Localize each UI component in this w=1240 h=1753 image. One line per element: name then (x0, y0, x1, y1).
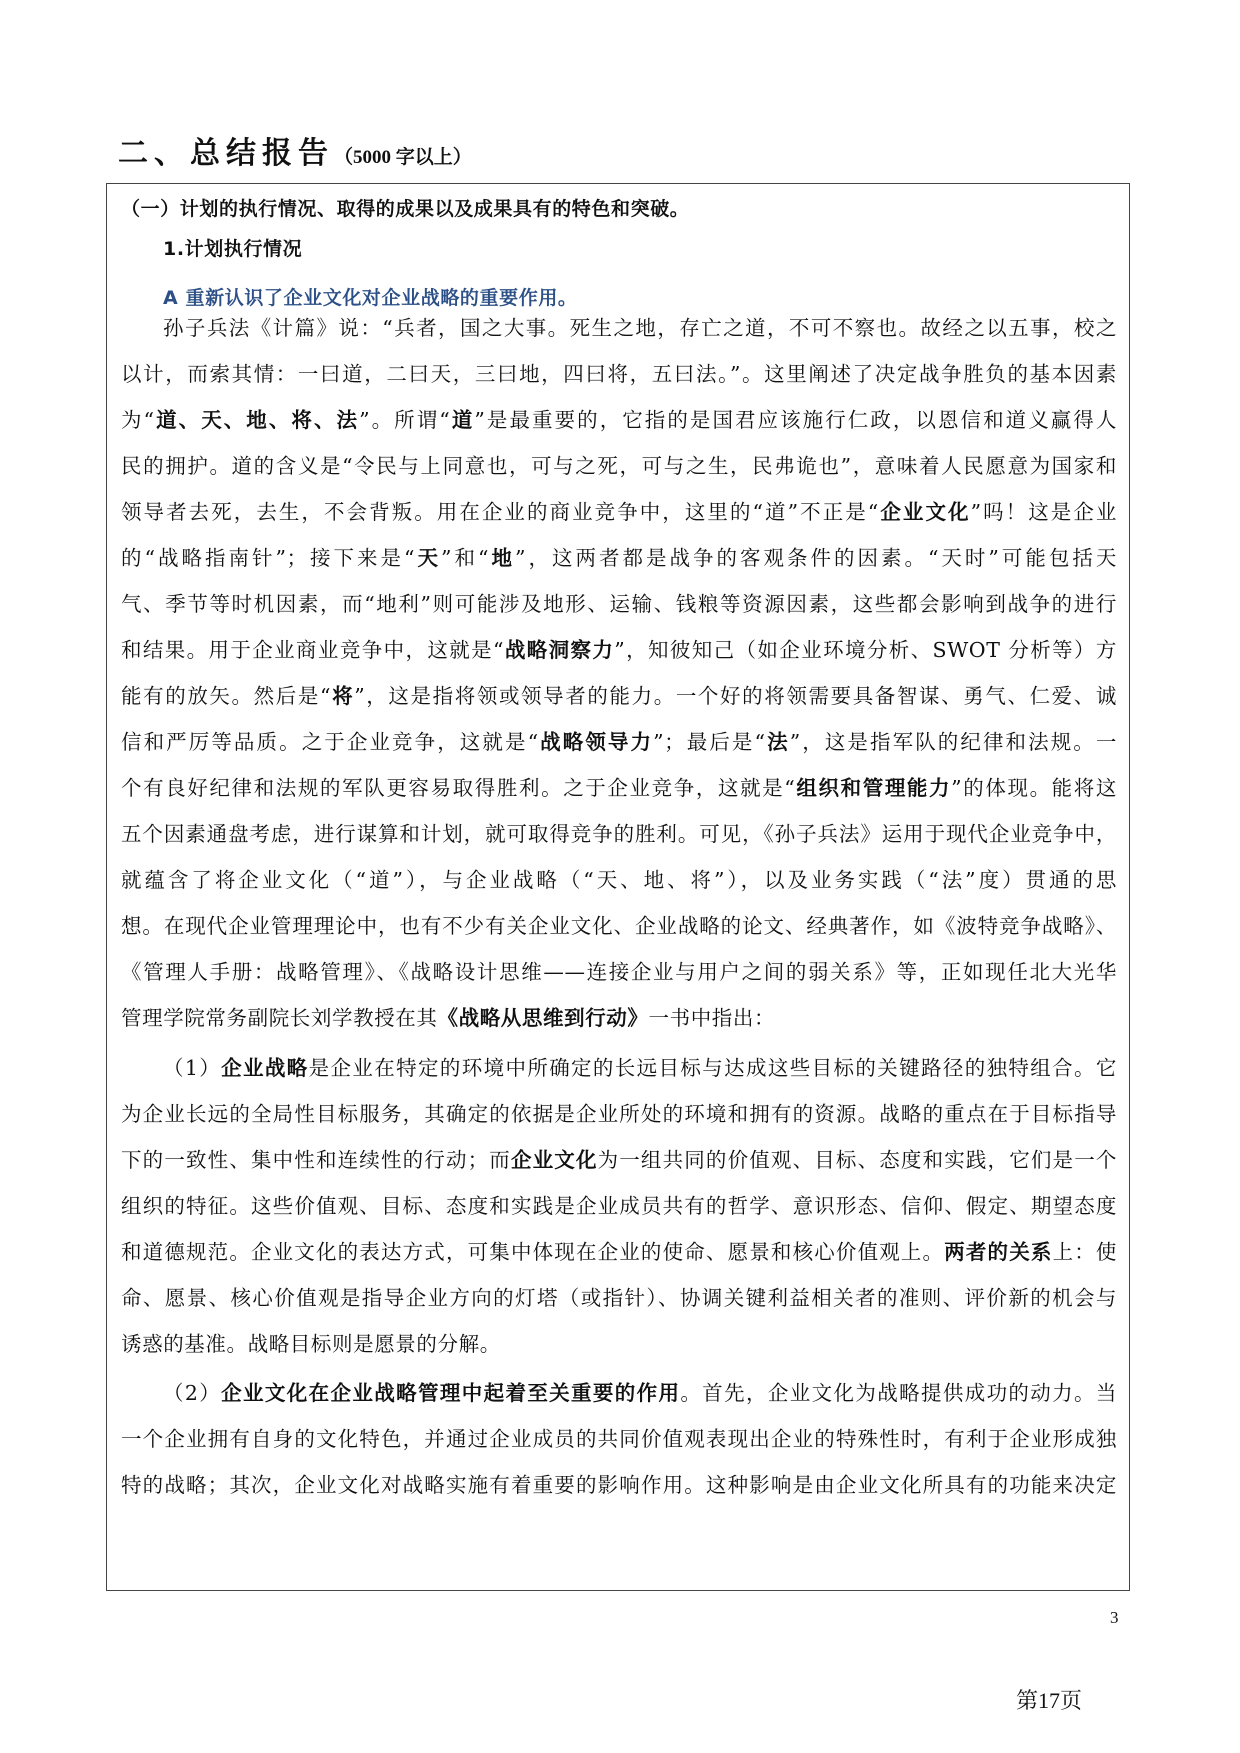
body-line: 能有的放矢。然后是“将”，这是指将领或领导者的能力。一个好的将领需要具备智谋、勇… (121, 682, 1117, 710)
text-run: 上：使 (1053, 1240, 1117, 1264)
body-line: 气、季节等时机因素，而“地利”则可能涉及地形、运输、钱粮等资源因素，这些都会影响… (121, 590, 1117, 618)
body-line: 五个因素通盘考虑，进行谋算和计划，就可取得竞争的胜利。可见，《孙子兵法》运用于现… (121, 820, 1117, 848)
body-line: 以计，而索其情：一曰道，二曰天，三曰地，四曰将，五曰法。”。这里阐述了决定战争胜… (121, 360, 1117, 388)
text-run: 就蕴含了将企业文化（“道”），与企业战略（“天、地、将”），以及业务实践（“法”… (121, 868, 1117, 892)
body-line: 和结果。用于企业商业竞争中，这就是“战略洞察力”，知彼知己（如企业环境分析、SW… (121, 636, 1117, 664)
text-run: ”，这是指将领或领导者的能力。一个好的将领需要具备智谋、勇气、仁爱、诚 (354, 684, 1117, 708)
body-line: 就蕴含了将企业文化（“道”），与企业战略（“天、地、将”），以及业务实践（“法”… (121, 866, 1117, 894)
text-run: 诱惑的基准。战略目标则是愿景的分解。 (121, 1332, 501, 1356)
text-run: （2） (163, 1381, 221, 1405)
text-run: 想。在现代企业管理理论中，也有不少有关企业文化、企业战略的论文、经典著作，如《波… (121, 914, 1117, 938)
body-line: 和道德规范。企业文化的表达方式，可集中体现在企业的使命、愿景和核心价值观上。两者… (121, 1238, 1117, 1266)
page-number: 3 (1110, 1608, 1119, 1628)
text-run: 为一组共同的价值观、目标、态度和实践，它们是一个 (598, 1148, 1117, 1172)
bold-term: 天 (415, 546, 441, 570)
text-run: 一书中指出： (649, 1006, 776, 1030)
body-line: 个有良好纪律和法规的军队更容易取得胜利。之于企业竞争，这就是“组织和管理能力”的… (121, 774, 1117, 802)
text-run: 孙子兵法《计篇》说：“兵者，国之大事。死生之地，存亡之道，不可不察也。故经之以五… (163, 316, 1117, 340)
bold-term: 企业文化 (879, 500, 971, 524)
bold-term: 法 (766, 730, 790, 754)
body-line: 的“战略指南针”；接下来是“天”和“地”，这两者都是战争的客观条件的因素。“天时… (121, 544, 1117, 572)
bold-term: 《战略从思维到行动》 (438, 1006, 649, 1030)
text-run: 信和严厉等品质。之于企业竞争，这就是“ (121, 730, 539, 754)
text-run: ”，这两者都是战争的客观条件的因素。“天时”可能包括天 (515, 546, 1117, 570)
body-line: 组织的特征。这些价值观、目标、态度和实践是企业成员共有的哲学、意识形态、信仰、假… (121, 1192, 1117, 1220)
text-run: ”和“ (441, 546, 489, 570)
text-run: 一个企业拥有自身的文化特色，并通过企业成员的共同价值观表现出企业的特殊性时，有利… (121, 1427, 1117, 1451)
text-run: （1） (163, 1056, 221, 1080)
page-footer-label: 第17页 (1016, 1684, 1082, 1715)
text-run: 管理学院常务副院长刘学教授在其 (121, 1006, 438, 1030)
body-line: 命、愿景、核心价值观是指导企业方向的灯塔（或指针）、协调关键利益相关者的准则、评… (121, 1284, 1117, 1312)
body-line: （2）企业文化在企业战略管理中起着至关重要的作用。首先，企业文化为战略提供成功的… (163, 1379, 1117, 1407)
text-run: 以计，而索其情：一曰道，二曰天，三曰地，四曰将，五曰法。”。这里阐述了决定战争胜… (121, 362, 1117, 386)
body-line: 领导者去死，去生，不会背叛。用在企业的商业竞争中，这里的“道”不正是“企业文化”… (121, 498, 1117, 526)
body-line: 孙子兵法《计篇》说：“兵者，国之大事。死生之地，存亡之道，不可不察也。故经之以五… (163, 314, 1117, 342)
point-a-heading: A 重新认识了企业文化对企业战略的重要作用。 (163, 284, 578, 312)
text-run: ”是最重要的，它指的是国君应该施行仁政，以恩信和道义赢得人 (474, 408, 1117, 432)
text-run: ”，这是指军队的纪律和法规。一 (790, 730, 1117, 754)
bold-term: 将 (331, 684, 354, 708)
text-run: 特的战略；其次，企业文化对战略实施有着重要的影响作用。这种影响是由企业文化所具有… (121, 1473, 1117, 1497)
bold-term: 道、天、地、将、法 (155, 408, 359, 432)
bold-term: 企业战略 (221, 1056, 308, 1080)
bold-term: 企业文化 (511, 1148, 598, 1172)
heading-subtitle: （5000 字以上） (334, 147, 472, 168)
body-line: 民的拥护。道的含义是“令民与上同意也，可与之死，可与之生，民弗诡也”，意味着人民… (121, 452, 1117, 480)
text-run: 气、季节等时机因素，而“地利”则可能涉及地形、运输、钱粮等资源因素，这些都会影响… (121, 592, 1117, 616)
heading-title: 二、总结报告 (118, 136, 334, 171)
text-run: 是企业在特定的环境中所确定的长远目标与达成这些目标的关键路径的独特组合。它 (309, 1056, 1117, 1080)
bold-term: 组织和管理能力 (795, 776, 951, 800)
body-line: 下的一致性、集中性和连续性的行动；而企业文化为一组共同的价值观、目标、态度和实践… (121, 1146, 1117, 1174)
report-box: （一）计划的执行情况、取得的成果以及成果具有的特色和突破。 1.计划执行情况 A… (106, 183, 1130, 1591)
text-run: ”；最后是“ (653, 730, 766, 754)
bold-term: 两者的关系 (944, 1240, 1052, 1264)
text-run: 组织的特征。这些价值观、目标、态度和实践是企业成员共有的哲学、意识形态、信仰、假… (121, 1194, 1117, 1218)
text-run: 民的拥护。道的含义是“令民与上同意也，可与之死，可与之生，民弗诡也”，意味着人民… (121, 454, 1117, 478)
bold-term: 道 (450, 408, 474, 432)
body-line: 管理学院常务副院长刘学教授在其《战略从思维到行动》一书中指出： (121, 1004, 775, 1032)
text-run: 。首先，企业文化为战略提供成功的动力。当 (680, 1381, 1117, 1405)
bold-term: 地 (489, 546, 515, 570)
body-line: 一个企业拥有自身的文化特色，并通过企业成员的共同价值观表现出企业的特殊性时，有利… (121, 1425, 1117, 1453)
body-line: （1）企业战略是企业在特定的环境中所确定的长远目标与达成这些目标的关键路径的独特… (163, 1054, 1117, 1082)
page-heading: 二、总结报告（5000 字以上） (118, 128, 472, 172)
bold-term: 战略领导力 (539, 730, 653, 754)
body-line: 想。在现代企业管理理论中，也有不少有关企业文化、企业战略的论文、经典著作，如《波… (121, 912, 1117, 940)
section-title: （一）计划的执行情况、取得的成果以及成果具有的特色和突破。 (121, 195, 689, 223)
text-run: ”，知彼知己（如企业环境分析、SWOT 分析等）方 (614, 638, 1117, 662)
body-line: 为企业长远的全局性目标服务，其确定的依据是企业所处的环境和拥有的资源。战略的重点… (121, 1100, 1117, 1128)
body-line: 为“道、天、地、将、法”。所谓“道”是最重要的，它指的是国君应该施行仁政，以恩信… (121, 406, 1117, 434)
text-run: 《管理人手册：战略管理》、《战略设计思维——连接企业与用户之间的弱关系》等，正如… (121, 960, 1117, 984)
text-run: 为“ (121, 408, 155, 432)
text-run: ”的体现。能将这 (951, 776, 1117, 800)
bold-term: 战略洞察力 (504, 638, 614, 662)
text-run: 个有良好纪律和法规的军队更容易取得胜利。之于企业竞争，这就是“ (121, 776, 795, 800)
text-run: 下的一致性、集中性和连续性的行动；而 (121, 1148, 511, 1172)
body-line: 诱惑的基准。战略目标则是愿景的分解。 (121, 1330, 501, 1358)
body-line: 《管理人手册：战略管理》、《战略设计思维——连接企业与用户之间的弱关系》等，正如… (121, 958, 1117, 986)
text-run: 为企业长远的全局性目标服务，其确定的依据是企业所处的环境和拥有的资源。战略的重点… (121, 1102, 1117, 1126)
text-run: 能有的放矢。然后是“ (121, 684, 331, 708)
body-line: 特的战略；其次，企业文化对战略实施有着重要的影响作用。这种影响是由企业文化所具有… (121, 1471, 1117, 1499)
text-run: 和结果。用于企业商业竞争中，这就是“ (121, 638, 504, 662)
text-run: 和道德规范。企业文化的表达方式，可集中体现在企业的使命、愿景和核心价值观上。 (121, 1240, 944, 1264)
bold-term: 企业文化在企业战略管理中起着至关重要的作用 (221, 1381, 680, 1405)
text-run: 的“战略指南针”；接下来是“ (121, 546, 415, 570)
text-run: 领导者去死，去生，不会背叛。用在企业的商业竞争中，这里的“道”不正是“ (121, 500, 879, 524)
subsection-title: 1.计划执行情况 (163, 235, 302, 263)
text-run: 五个因素通盘考虑，进行谋算和计划，就可取得竞争的胜利。可见，《孙子兵法》运用于现… (121, 822, 1117, 846)
text-run: ”。所谓“ (359, 408, 450, 432)
text-run: ”吗！这是企业 (971, 500, 1117, 524)
body-line: 信和严厉等品质。之于企业竞争，这就是“战略领导力”；最后是“法”，这是指军队的纪… (121, 728, 1117, 756)
text-run: 命、愿景、核心价值观是指导企业方向的灯塔（或指针）、协调关键利益相关者的准则、评… (121, 1286, 1117, 1310)
